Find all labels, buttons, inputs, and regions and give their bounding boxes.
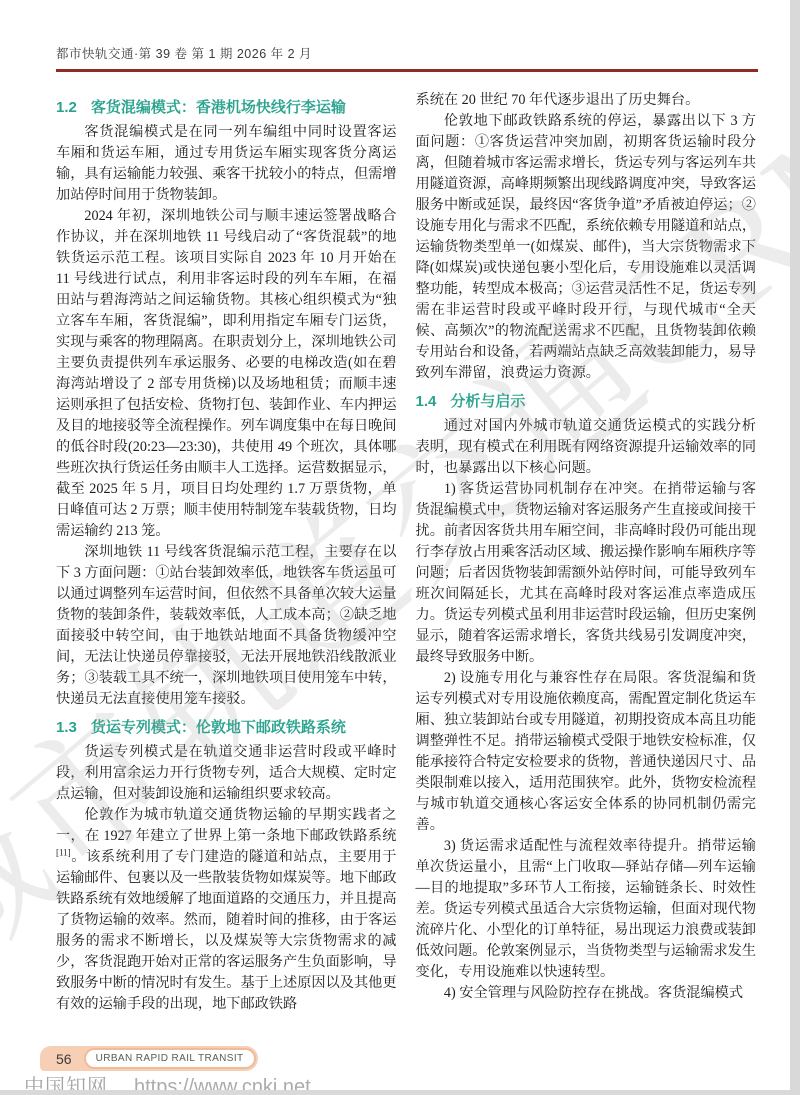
paragraph: 4) 安全管理与风险防控存在挑战。客货混编模式 [416, 983, 757, 1004]
section-number: 1.4 [416, 393, 437, 410]
journal-header-info: 都市快轨交通·第 39 卷 第 1 期 2026 年 2 月 [56, 44, 312, 62]
section-heading-1-2: 1.2 客货混编模式：香港机场快线行李运输 [56, 96, 397, 117]
right-column: 系统在 20 世纪 70 年代逐步退出了历史舞台。 伦敦地下邮政铁路系统的停运，… [416, 90, 757, 1015]
paragraph: 伦敦地下邮政铁路系统的停运，暴露出以下 3 方面问题：①客货运营冲突加剧，初期客… [416, 111, 757, 384]
paragraph: 2024 年初，深圳地铁公司与顺丰速运签署战略合作协议，并在深圳地铁 11 号线… [56, 206, 397, 542]
section-number: 1.3 [56, 719, 77, 736]
paragraph-text: 。该系统利用了专门建造的隧道和站点，主要用于运输邮件、包裹以及一些散装货物如煤炭… [56, 849, 397, 1012]
section-title: 客货混编模式：香港机场快线行李运输 [91, 96, 346, 117]
paragraph: 客货混编模式是在同一列车编组中同时设置客运车厢和货运车厢，通过专用货运车厢实现客… [56, 122, 397, 206]
paragraph-text: 伦敦作为城市轨道交通货物运输的早期实践者之一，在 1927 年建立了世界上第一条… [56, 807, 397, 844]
paragraph: 1) 客货运营协同机制存在冲突。在捎带运输与客货混编模式中，货物运输对客运服务产… [416, 479, 757, 668]
footer-page-badge: 56 URBAN RAPID RAIL TRANSIT [40, 1046, 258, 1071]
cnki-watermark: 中国知网 https://www.cnki.net [24, 1070, 311, 1090]
paragraph: 2) 设施专用化与兼容性存在局限。客货混编和货运专列模式对专用设施依赖度高，需配… [416, 668, 757, 836]
section-title: 分析与启示 [450, 390, 525, 411]
paragraph: 伦敦作为城市轨道交通货物运输的早期实践者之一，在 1927 年建立了世界上第一条… [56, 805, 397, 1015]
left-column: 1.2 客货混编模式：香港机场快线行李运输 客货混编模式是在同一列车编组中同时设… [56, 90, 397, 1015]
journal-name-english: URBAN RAPID RAIL TRANSIT [84, 1048, 256, 1069]
article-body: 1.2 客货混编模式：香港机场快线行李运输 客货混编模式是在同一列车编组中同时设… [56, 90, 756, 1015]
cnki-url-text: https://www.cnki.net [134, 1076, 311, 1090]
paragraph: 货运专列模式是在轨道交通非运营时段或平峰时段，利用富余运力开行货物专列，适合大规… [56, 742, 397, 805]
paragraph-continuation: 系统在 20 世纪 70 年代逐步退出了历史舞台。 [416, 90, 757, 111]
journal-page: 都市快轨交通·第 39 卷 第 1 期 2026 年 2 月 1.2 客货混编模… [0, 0, 790, 1090]
section-heading-1-3: 1.3 货运专列模式：伦敦地下邮政铁路系统 [56, 716, 397, 737]
section-title: 货运专列模式：伦敦地下邮政铁路系统 [91, 716, 346, 737]
page-number: 56 [40, 1051, 84, 1067]
header-rule-line [56, 69, 758, 72]
section-heading-1-4: 1.4 分析与启示 [416, 390, 757, 411]
cnki-brand-text: 中国知网 [24, 1070, 108, 1090]
section-number: 1.2 [56, 99, 77, 116]
reference-marker: [11] [56, 847, 71, 857]
paragraph: 通过对国内外城市轨道交通货运模式的实践分析表明，现有模式在利用既有网络资源提升运… [416, 416, 757, 479]
paragraph: 深圳地铁 11 号线客货混编示范工程，主要存在以下 3 方面问题：①站台装卸效率… [56, 542, 397, 710]
paragraph: 3) 货运需求适配性与流程效率待提升。捎带运输单次货运量小，且需“上门收取—驿站… [416, 836, 757, 983]
